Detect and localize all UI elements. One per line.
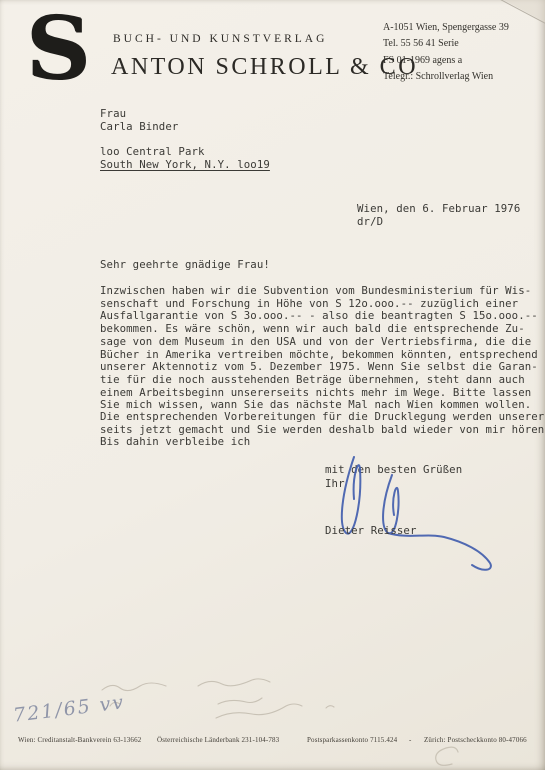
recipient-address-underlined: South New York, N.Y. loo19 <box>100 159 270 172</box>
salutation: Sehr geehrte gnädige Frau! <box>100 259 270 272</box>
signature-ink <box>312 447 512 582</box>
pencil-scribbles <box>88 676 358 738</box>
body-paragraph-1: Inzwischen haben wir die Subvention vom … <box>100 285 545 412</box>
recipient-address: Frau Carla Binder loo Central Park <box>100 108 205 159</box>
publisher-division: BUCH- UND KUNSTVERLAG <box>113 33 327 45</box>
footer-bank-postsparkasse: Postsparkassenkonto 7115.424 <box>307 736 397 744</box>
body-paragraph-2: Die entsprechenden Vorbereitungen für di… <box>100 411 545 449</box>
letterhead-contact-block: A-1051 Wien, Spengergasse 39 Tel. 55 56 … <box>383 20 509 85</box>
letter-page: S BUCH- UND KUNSTVERLAG ANTON SCHROLL & … <box>0 0 545 770</box>
footer-bank-zuerich: Zürich: Postscheckkonto 80-47066 <box>424 736 527 744</box>
publisher-logo-s-icon: S <box>26 6 91 92</box>
signer-name: Dieter Reisser <box>325 525 416 538</box>
footer-bank-laenderbank: Österreichische Länderbank 231-104-783 <box>157 736 279 744</box>
footer-bank-wien: Wien: Creditanstalt-Bankverein 63-13662 <box>18 736 141 744</box>
dateline: Wien, den 6. Februar 1976 dr/D <box>357 203 520 228</box>
pencil-loop-mark <box>418 744 478 770</box>
footer-separator: - <box>409 736 411 744</box>
publisher-name: ANTON SCHROLL & CO <box>111 54 418 81</box>
